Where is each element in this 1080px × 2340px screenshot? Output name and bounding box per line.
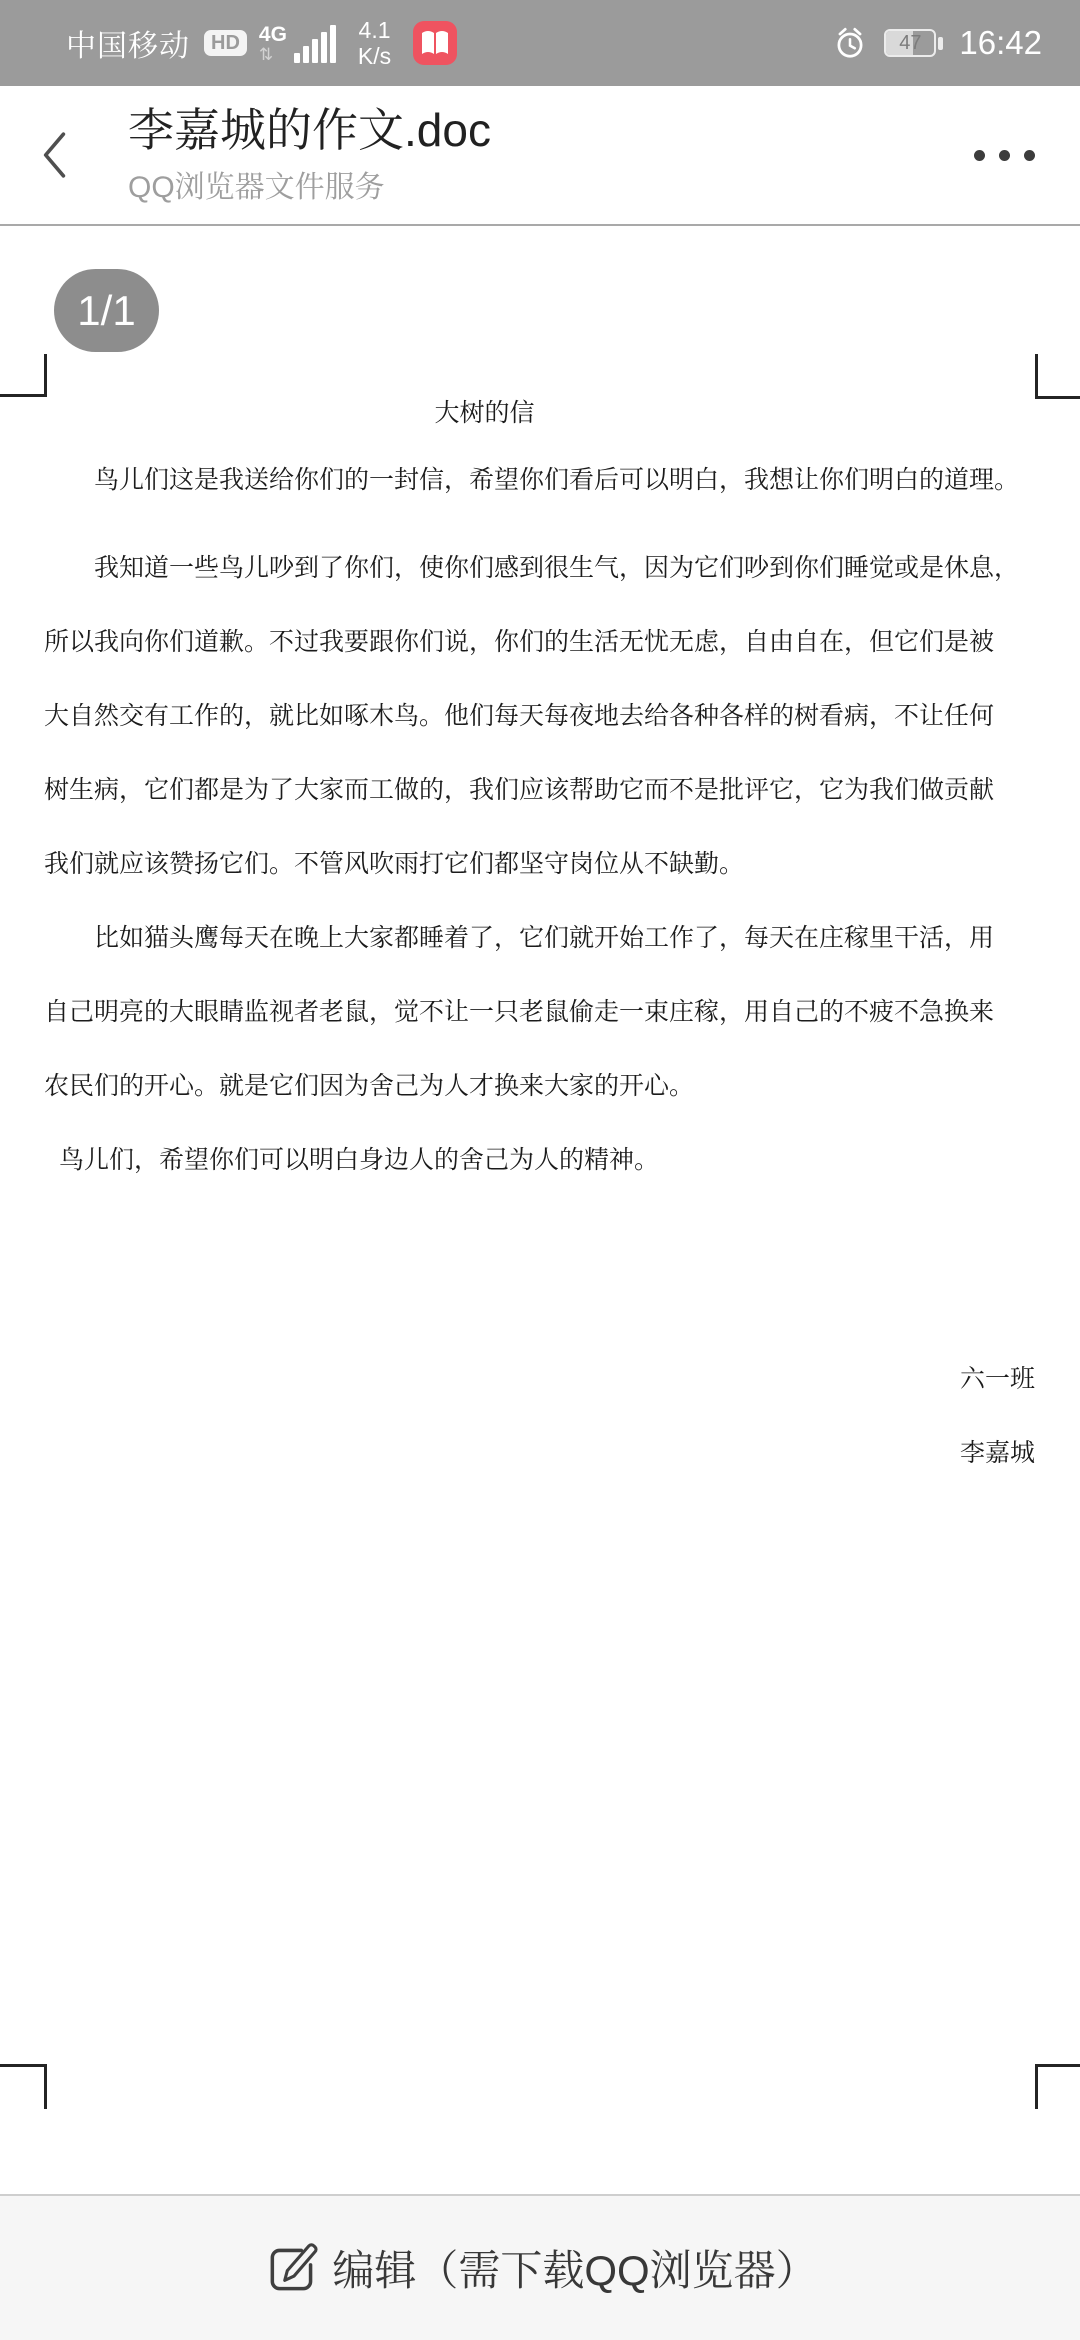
carrier-label: 中国移动	[66, 21, 190, 65]
back-button[interactable]	[40, 130, 100, 180]
doc-line: 自己明亮的大眼睛监视者老鼠，觉不让一只老鼠偷走一束庄稼，用自己的不疲不急换来	[44, 975, 1035, 1049]
page-number-badge: 1/1	[54, 269, 159, 352]
file-source-subtitle: QQ浏览器文件服务	[128, 162, 974, 206]
page-corner-mark-bottom-right	[1035, 2064, 1080, 2109]
updown-arrows-icon: ⇅	[259, 46, 273, 63]
more-menu-button[interactable]	[974, 140, 1035, 171]
signal-bars-icon	[291, 23, 336, 63]
back-chevron-icon	[40, 130, 68, 180]
more-ellipsis-icon	[1024, 150, 1035, 161]
doc-line: 李嘉城	[44, 1416, 1035, 1490]
more-ellipsis-icon	[999, 150, 1010, 161]
network-speed: 4.1 K/s	[358, 17, 391, 70]
doc-line: 树生病，它们都是为了大家而工做的，我们应该帮助它而不是批评它，它为我们做贡献	[44, 753, 1035, 827]
doc-line: 所以我向你们道歉。不过我要跟你们说，你们的生活无忧无虑，自由自在，但它们是被	[44, 605, 1035, 679]
header-titles: 李嘉城的作文.doc QQ浏览器文件服务	[128, 104, 974, 207]
document-page[interactable]: 1/1 大树的信鸟儿们这是我送给你们的一封信，希望你们看后可以明白，我想让你们明…	[0, 226, 1080, 2194]
bottom-toolbar: 编辑（需下载QQ浏览器）	[0, 2194, 1080, 2340]
doc-line: 我知道一些鸟儿吵到了你们，使你们感到很生气，因为它们吵到你们睡觉或是休息，	[44, 531, 1035, 605]
more-ellipsis-icon	[974, 150, 985, 161]
doc-line: 鸟儿们，希望你们可以明白身边人的舍己为人的精神。	[44, 1123, 1035, 1197]
page-corner-mark-top-left	[0, 354, 47, 397]
doc-line: 比如猫头鹰每天在晚上大家都睡着了，它们就开始工作了，每天在庄稼里干活，用	[44, 901, 1035, 975]
edit-pencil-icon	[262, 2237, 324, 2299]
file-title: 李嘉城的作文.doc	[128, 104, 974, 157]
doc-line: 大自然交有工作的，就比如啄木鸟。他们每天每夜地去给各种各样的树看病，不让任何	[44, 679, 1035, 753]
document-lines: 大树的信鸟儿们这是我送给你们的一封信，希望你们看后可以明白，我想让你们明白的道理…	[0, 226, 1080, 1490]
page-corner-mark-top-right	[1035, 354, 1080, 399]
status-bar: 中国移动 HD 4G ⇅ 4.1 K/s	[0, 0, 1080, 86]
hd-badge: HD	[204, 30, 247, 56]
reading-app-icon	[413, 21, 457, 65]
network-type: 4G ⇅	[259, 24, 287, 63]
doc-line: 农民们的开心。就是它们因为舍己为人才换来大家的开心。	[44, 1049, 1035, 1123]
document-viewer-screen: 中国移动 HD 4G ⇅ 4.1 K/s	[0, 0, 1080, 2340]
doc-line: 我们就应该赞扬它们。不管风吹雨打它们都坚守岗位从不缺勤。	[44, 827, 1035, 901]
battery-percent: 47	[899, 32, 921, 55]
doc-line: 大树的信	[44, 383, 1035, 443]
status-bar-left: 中国移动 HD 4G ⇅ 4.1 K/s	[66, 17, 457, 70]
doc-line: 鸟儿们这是我送给你们的一封信，希望你们看后可以明白，我想让你们明白的道理。	[44, 443, 1035, 517]
edit-button-label: 编辑（需下载QQ浏览器）	[332, 2238, 817, 2298]
status-bar-right: 47 16:42	[832, 24, 1042, 62]
alarm-clock-icon	[832, 25, 868, 61]
doc-line: 六一班	[44, 1342, 1035, 1416]
battery-icon: 47	[884, 29, 943, 57]
page-corner-mark-bottom-left	[0, 2064, 47, 2109]
app-header: 李嘉城的作文.doc QQ浏览器文件服务	[0, 86, 1080, 224]
clock-time: 16:42	[959, 24, 1042, 62]
edit-button[interactable]: 编辑（需下载QQ浏览器）	[262, 2237, 817, 2299]
